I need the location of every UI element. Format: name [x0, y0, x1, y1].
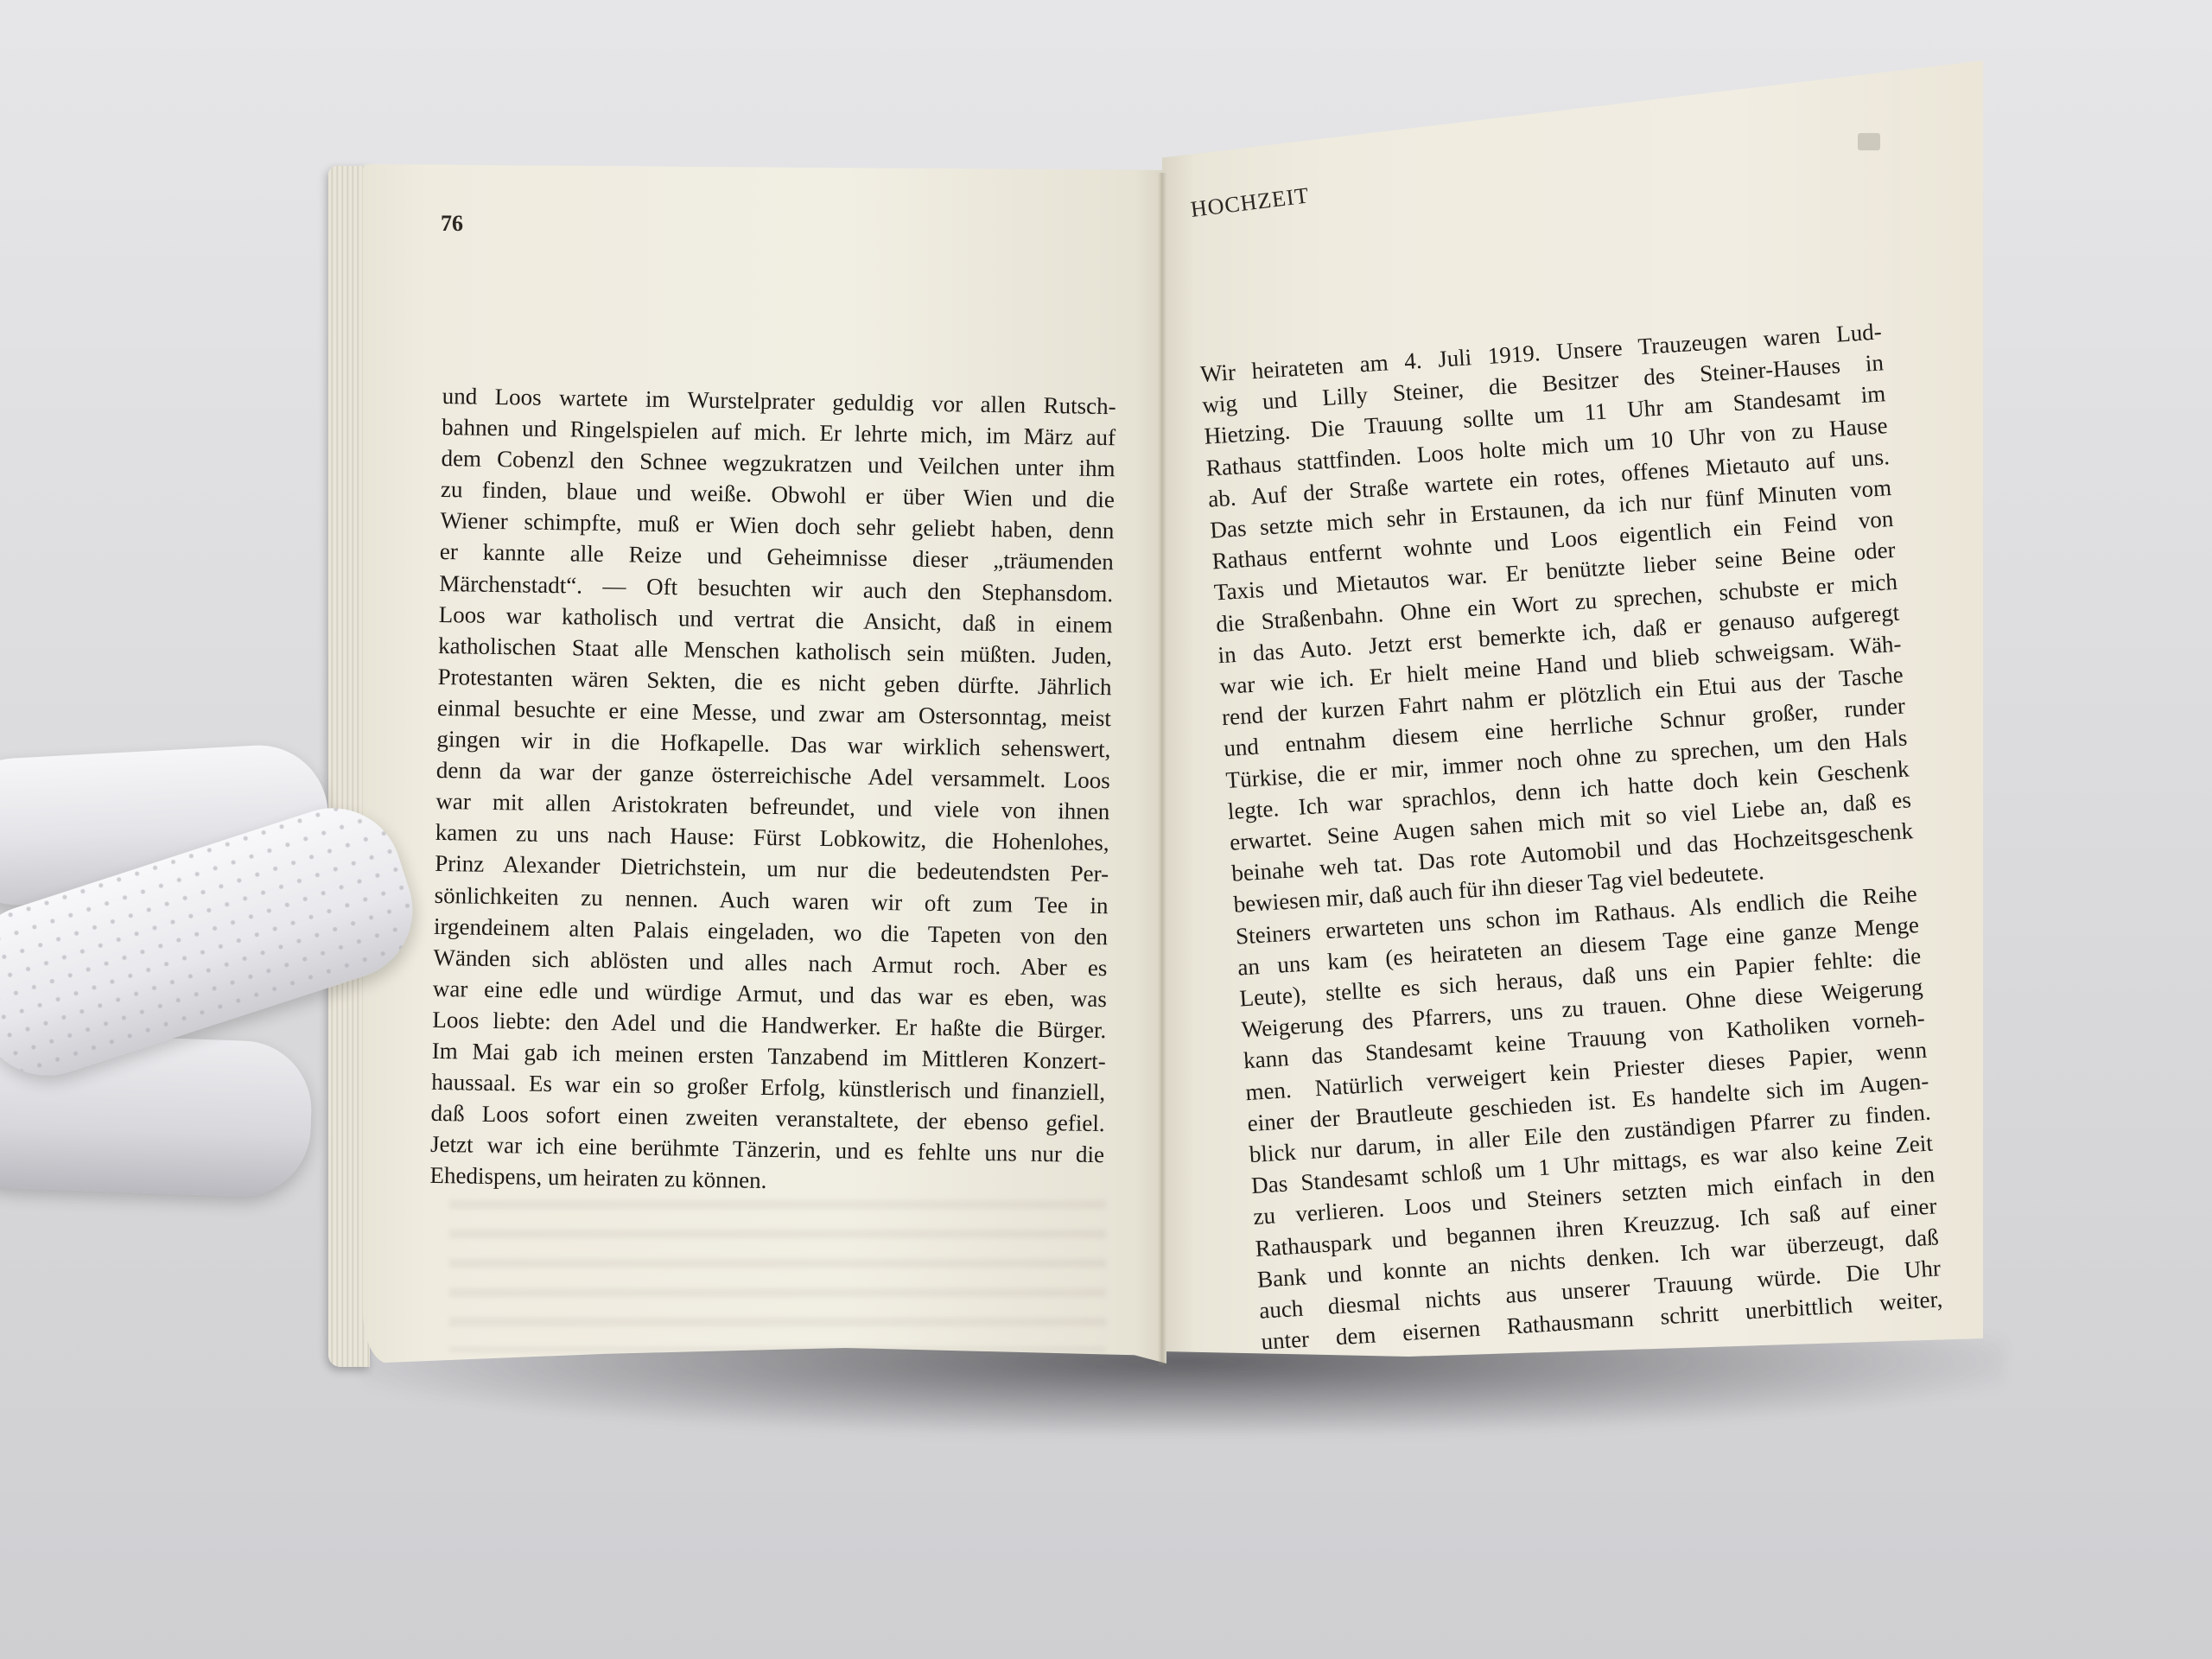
white-glove-hand	[0, 726, 449, 1192]
book-gutter	[1158, 173, 1166, 1365]
page-corner-mark	[1858, 133, 1880, 150]
page-number: 76	[441, 211, 463, 237]
right-page-body-text: Wir heirateten am 4. Juli 1919. Unsere T…	[1199, 315, 1943, 1357]
show-through-text	[449, 1179, 1106, 1352]
photo-scene: 76 HOCHZEIT und Loos wartete im Wurstelp…	[0, 0, 2212, 1659]
left-page-body-text: und Loos wartete im Wurstelprater geduld…	[429, 380, 1116, 1202]
